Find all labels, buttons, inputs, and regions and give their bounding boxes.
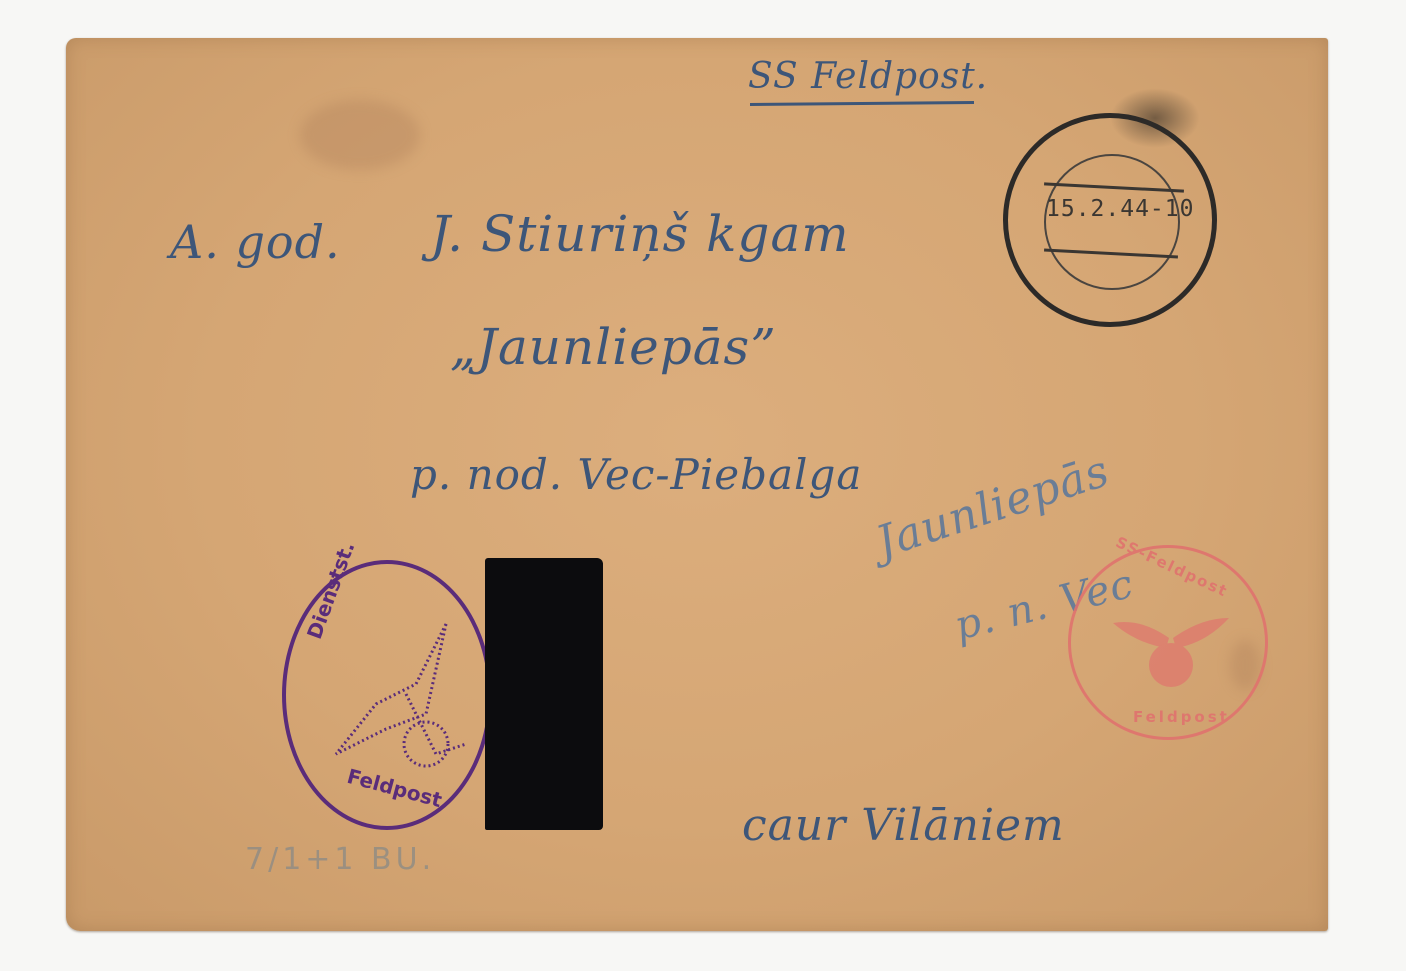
address-prefix: A. god. — [170, 215, 341, 269]
red-feldpost-stamp: SS-Feldpost Feldpost — [1068, 545, 1268, 740]
address-post-office: p. nod. Vec-Piebalga — [410, 450, 862, 499]
violet-official-stamp: Dienstst. Feldpost — [282, 560, 492, 830]
red-stamp-bottom-text: Feldpost — [1133, 708, 1230, 726]
address-name: J. Stiuriņš kgam — [430, 205, 850, 263]
censor-bar — [485, 558, 603, 830]
pencil-note: 7/1+1 BU. — [245, 842, 435, 877]
eagle-emblem-icon — [1111, 593, 1231, 693]
eagle-emblem-icon — [316, 604, 486, 784]
postmark: 15.2.44-10 — [1003, 113, 1217, 327]
postmark-inner-ring — [1044, 154, 1180, 290]
routing-note: caur Vilāniem — [742, 800, 1065, 851]
header-note: SS Feldpost. — [748, 56, 988, 97]
address-farm: „Jaunliepās” — [450, 318, 777, 376]
postmark-date: 15.2.44-10 — [1046, 196, 1194, 222]
stain — [300, 100, 420, 170]
